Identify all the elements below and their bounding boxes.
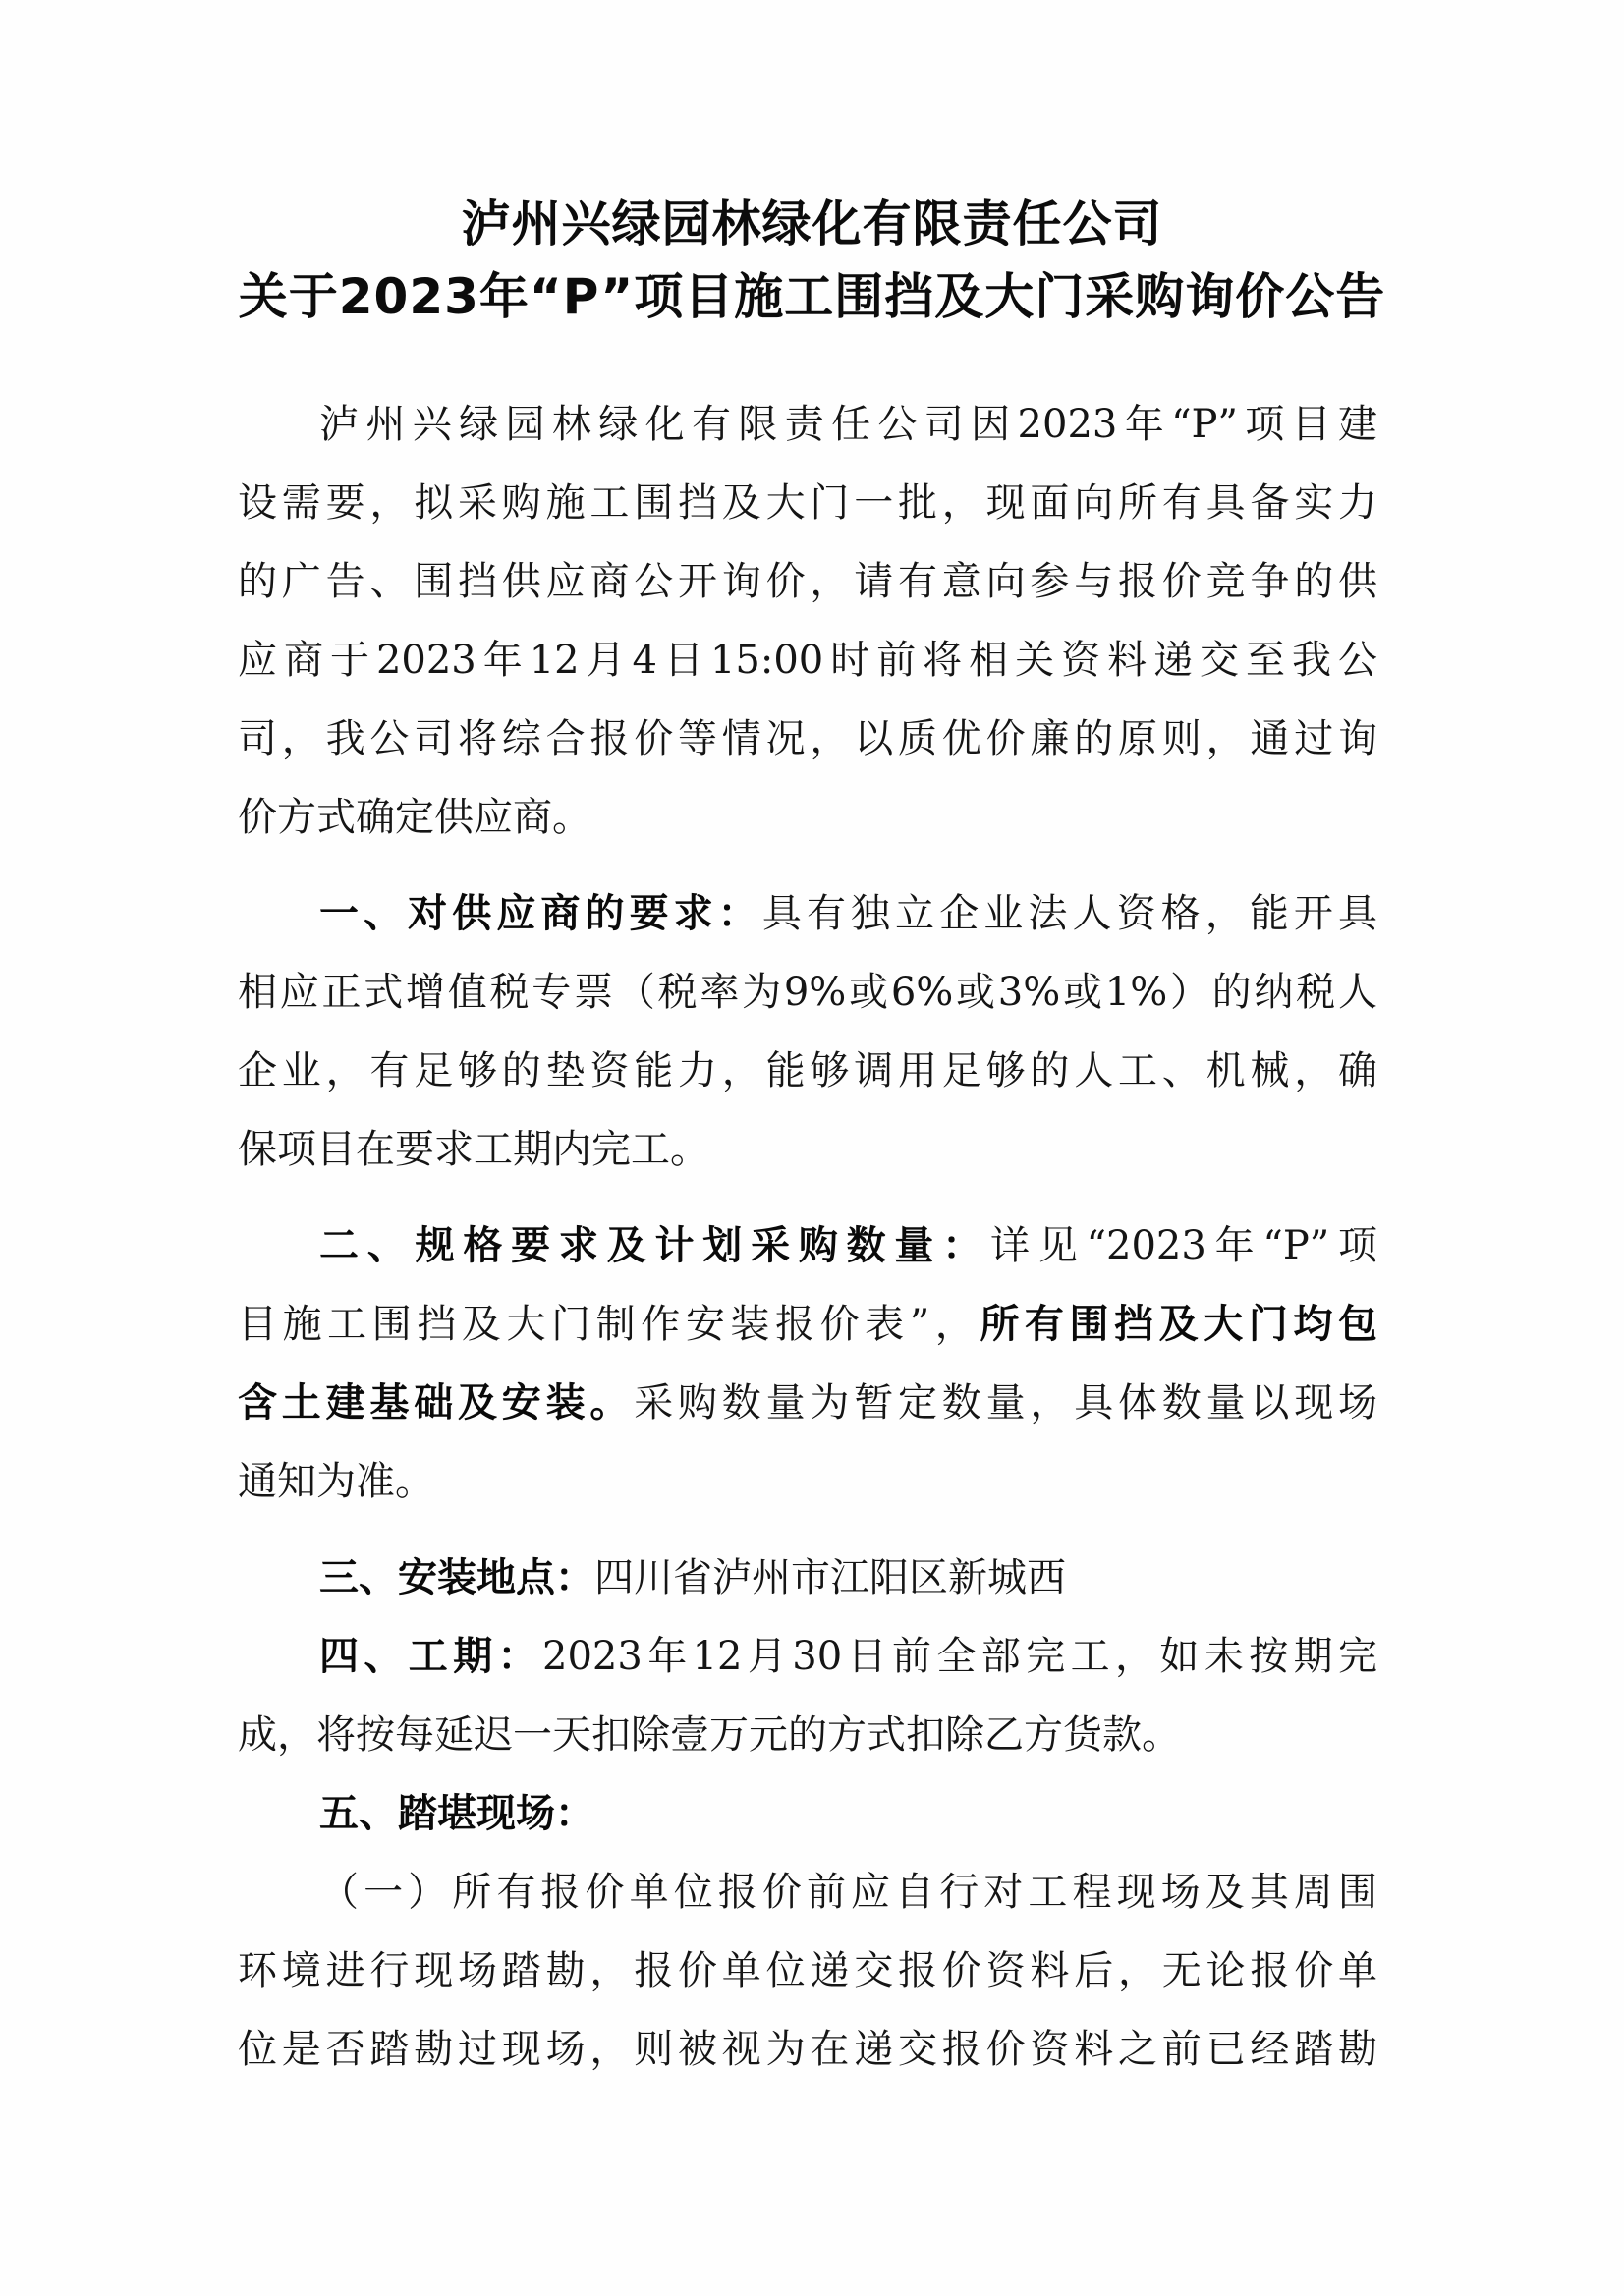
section-1-text: 具有独立企业法人资格，能开具 xyxy=(762,891,1377,936)
section-2-line-3: 含土建基础及安装。采购数量为暂定数量，具体数量以现场 xyxy=(238,1373,1377,1432)
section-4-line-2: 成，将按每延迟一天扣除壹万元的方式扣除乙方货款。 xyxy=(238,1706,1377,1764)
intro-line-3: 的广告、围挡供应商公开询价，请有意向参与报价竞争的供 xyxy=(238,552,1377,611)
section-2-line-2: 目施工围挡及大门制作安装报价表”，所有围挡及大门均包 xyxy=(238,1295,1377,1354)
section-5-line-1: （一）所有报价单位报价前应自行对工程现场及其周围 xyxy=(319,1863,1377,1922)
section-2-emphasis: 所有围挡及大门均包 xyxy=(980,1302,1377,1347)
intro-line-4: 应商于2023年12月4日15:00时前将相关资料递交至我公 xyxy=(238,631,1377,690)
section-5-heading: 五、踏堪现场： xyxy=(319,1791,594,1836)
section-5-heading-line: 五、踏堪现场： xyxy=(319,1784,1377,1843)
section-4-line-1: 四、工期：2023年12月30日前全部完工，如未按期完 xyxy=(319,1627,1377,1686)
section-2-line-1: 二、规格要求及计划采购数量：详见“2023年“P”项 xyxy=(319,1216,1377,1275)
section-2-quantity-note: 采购数量为暂定数量，具体数量以现场 xyxy=(634,1380,1377,1426)
section-1-line-4: 保项目在要求工期内完工。 xyxy=(238,1120,1377,1179)
section-3-line: 三、安装地点：四川省泸州市江阳区新城西 xyxy=(319,1548,1377,1607)
section-2-line-4: 通知为准。 xyxy=(238,1452,1377,1511)
intro-line-6: 价方式确定供应商。 xyxy=(238,788,1377,847)
document-title-company: 泸州兴绿园林绿化有限责任公司 xyxy=(0,185,1624,255)
section-1-line-1: 一、对供应商的要求：具有独立企业法人资格，能开具 xyxy=(319,884,1377,943)
section-2-heading: 二、规格要求及计划采购数量： xyxy=(319,1223,990,1268)
section-3-heading: 三、安装地点： xyxy=(319,1555,594,1600)
document-title-subject: 关于2023年“P”项目施工围挡及大门采购询价公告 xyxy=(0,257,1624,328)
intro-line-5: 司，我公司将综合报价等情况，以质优价廉的原则，通过询 xyxy=(238,709,1377,768)
document-page: 泸州兴绿园林绿化有限责任公司 关于2023年“P”项目施工围挡及大门采购询价公告… xyxy=(0,0,1624,2296)
section-2-text: 详见“2023年“P”项 xyxy=(990,1223,1377,1268)
section-1-line-2: 相应正式增值税专票（税率为9%或6%或3%或1%）的纳税人 xyxy=(238,963,1377,1022)
section-5-line-2: 环境进行现场踏勘，报价单位递交报价资料后，无论报价单 xyxy=(238,1941,1377,2000)
section-1-line-3: 企业，有足够的垫资能力，能够调用足够的人工、机械，确 xyxy=(238,1041,1377,1100)
section-5-line-3: 位是否踏勘过现场，则被视为在递交报价资料之前已经踏勘 xyxy=(238,2020,1377,2079)
section-2-reference: 目施工围挡及大门制作安装报价表”， xyxy=(238,1302,980,1347)
section-4-heading: 四、工期： xyxy=(319,1634,542,1679)
section-4-text: 2023年12月30日前全部完工，如未按期完 xyxy=(542,1634,1377,1679)
section-2-emphasis-cont: 含土建基础及安装。 xyxy=(238,1380,634,1426)
section-1-heading: 一、对供应商的要求： xyxy=(319,891,762,936)
intro-line-2: 设需要，拟采购施工围挡及大门一批，现面向所有具备实力 xyxy=(238,474,1377,532)
intro-line-1: 泸州兴绿园林绿化有限责任公司因2023年“P”项目建 xyxy=(319,395,1377,454)
section-3-location: 四川省泸州市江阳区新城西 xyxy=(594,1555,1066,1600)
